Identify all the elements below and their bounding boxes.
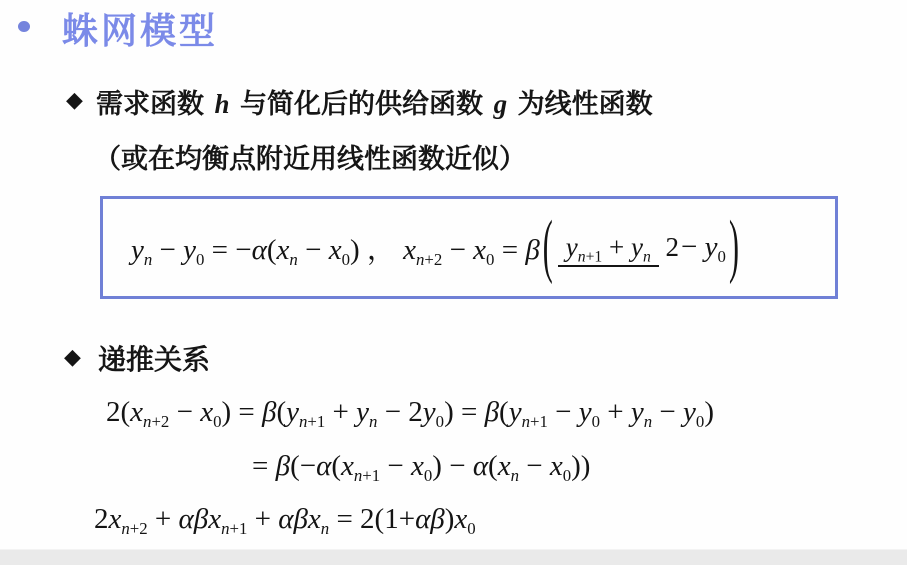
- boxed-formula-after-fraction: − y0: [681, 231, 726, 264]
- bullet-dot-icon: [18, 21, 30, 32]
- fraction: yn+1 + yn 2: [558, 232, 679, 263]
- bottom-gray-band: [0, 549, 907, 565]
- diamond-bullet-icon: ◆: [64, 344, 81, 370]
- bullet2-heading: 递推关系: [98, 338, 210, 378]
- fraction-numerator: yn+1 + yn: [558, 232, 659, 267]
- boxed-formula-left: yn − y0 = −α(xn − x0) ， xn+2 − x0 = β: [131, 227, 540, 268]
- big-open-paren: (: [543, 208, 553, 288]
- bullet1-text-line2: （或在均衡点附近用线性函数近似）: [94, 137, 526, 176]
- recurrence-equation-1: 2(xn+2 − x0) = β(yn+1 + yn − 2y0) = β(yn…: [106, 396, 714, 429]
- recurrence-equation-2: = β(−α(xn+1 − x0) − α(xn − x0)): [252, 450, 590, 483]
- recurrence-equation-3: 2xn+2 + αβxn+1 + αβxn = 2(1+αβ)x0: [94, 503, 476, 536]
- fraction-denominator: 2: [666, 230, 680, 262]
- lecture-slide: 蛛网模型 ◆ 需求函数 h 与简化后的供给函数 g 为线性函数 （或在均衡点附近…: [0, 0, 907, 565]
- slide-title: 蛛网模型: [62, 3, 218, 54]
- bullet1-text-line1: 需求函数 h 与简化后的供给函数 g 为线性函数: [96, 82, 653, 121]
- boxed-formula: yn − y0 = −α(xn − x0) ， xn+2 − x0 = β ( …: [100, 196, 838, 299]
- diamond-bullet-icon: ◆: [66, 87, 83, 113]
- big-close-paren: ): [729, 208, 739, 288]
